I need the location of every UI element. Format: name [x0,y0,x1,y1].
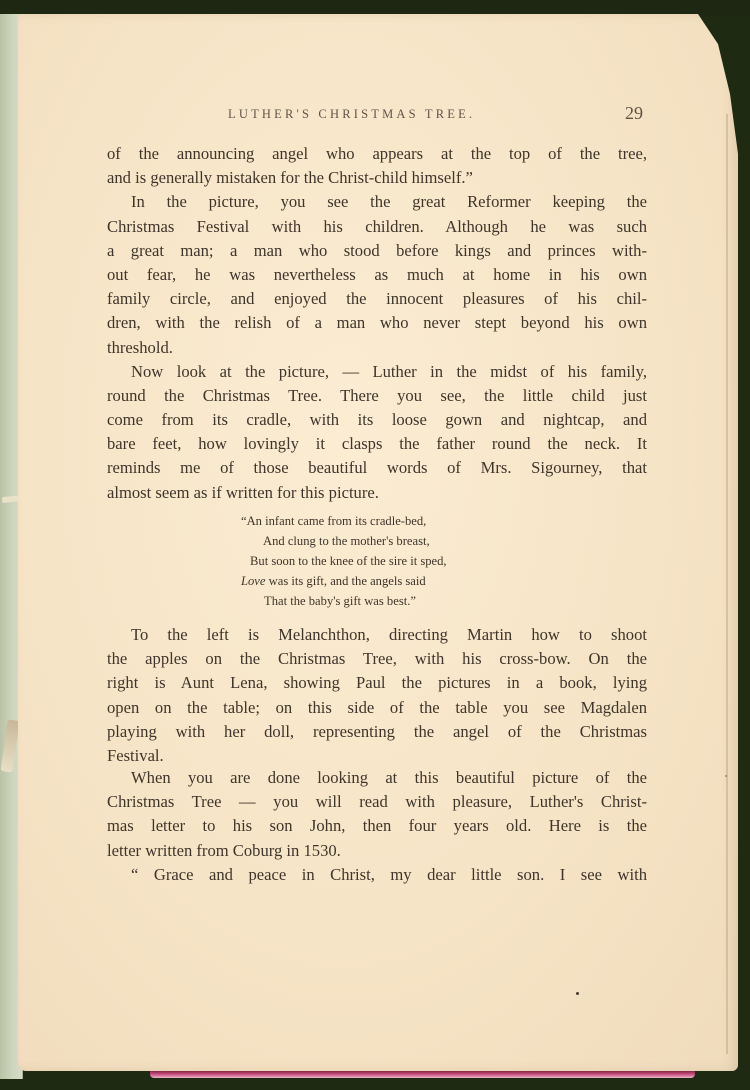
text-line: right is Aunt Lena, showing Paul the pic… [107,671,647,695]
text-line: the apples on the Christmas Tree, with h… [107,647,647,671]
poem-line-rest: was its gift, and the angels said [269,574,426,588]
text-line: round the Christmas Tree. There you see,… [107,384,647,408]
body-text-middle: To the left is Melanchthon, directing Ma… [107,623,647,768]
poem-line: But soon to the knee of the sire it sped… [241,551,511,571]
text-line: of the announcing angel who appears at t… [107,142,647,166]
paragraph-first-line: In the picture, you see the great Reform… [107,190,647,214]
paper-speck [576,992,579,995]
poem-line: That the baby's gift was best.” [241,591,511,611]
text-line: a great man; a man who stood before king… [107,239,647,263]
page-stack-edge [150,1070,695,1078]
text-line: playing with her doll, representing the … [107,720,647,744]
text-line: letter written from Coburg in 1530. [107,839,647,863]
body-text-top: of the announcing angel who appears at t… [107,142,647,505]
page-edge [726,114,728,1054]
text-line: come from its cradle, with its loose gow… [107,408,647,432]
scan-backdrop [0,0,750,16]
poem-line: And clung to the mother's breast, [241,531,511,551]
text-line: reminds me of those beautiful words of M… [107,456,647,480]
text-line: mas letter to his son John, then four ye… [107,814,647,838]
text-line: open on the table; on this side of the t… [107,696,647,720]
poem-line: “An infant came from its cradle-bed, [241,511,511,531]
paragraph-first-line: When you are done looking at this beauti… [107,766,647,790]
paragraph-first-line: Now look at the picture, — Luther in the… [107,360,647,384]
paper-speck [725,775,727,777]
text-line: Christmas Tree — you will read with plea… [107,790,647,814]
text-line: bare feet, how lovingly it clasps the fa… [107,432,647,456]
text-line: and is generally mistaken for the Christ… [107,166,647,190]
poem-quotation: “An infant came from its cradle-bed, And… [241,511,511,611]
body-text-bottom: When you are done looking at this beauti… [107,766,647,887]
text-line: out fear, he was nevertheless as much at… [107,263,647,287]
text-line: dren, with the relish of a man who never… [107,311,647,335]
poem-italic-word: Love [241,574,265,588]
page-number: 29 [625,103,643,124]
paragraph-first-line: To the left is Melanchthon, directing Ma… [107,623,647,647]
running-head: LUTHER'S CHRISTMAS TREE. 29 [228,103,643,127]
text-line: almost seem as if written for this pictu… [107,481,647,505]
running-title: LUTHER'S CHRISTMAS TREE. [228,107,475,122]
paragraph-first-line: “ Grace and peace in Christ, my dear lit… [107,863,647,887]
text-line: Festival. [107,744,647,768]
text-line: Christmas Festival with his children. Al… [107,215,647,239]
text-line: family circle, and enjoyed the innocent … [107,287,647,311]
poem-line: Love was its gift, and the angels said [241,571,511,591]
text-line: threshold. [107,336,647,360]
